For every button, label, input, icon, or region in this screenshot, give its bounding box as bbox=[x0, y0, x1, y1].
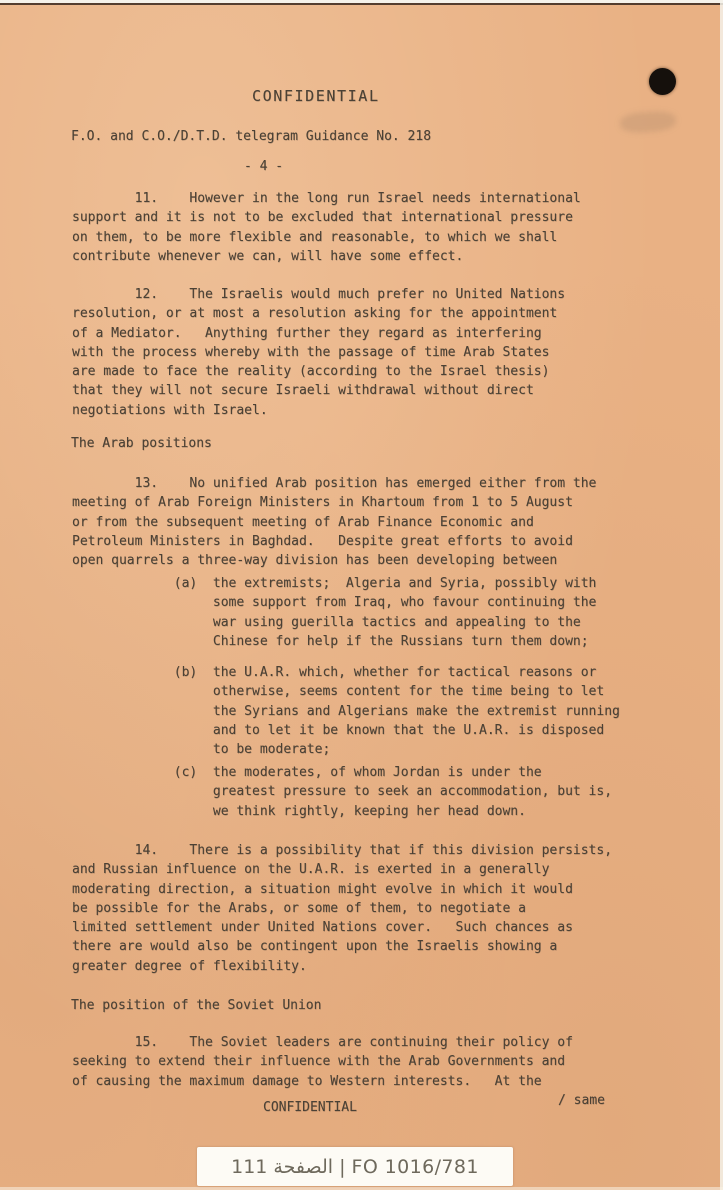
document-reference-line: F.O. and C.O./D.T.D. telegram Guidance N… bbox=[71, 127, 431, 146]
classification-header: CONFIDENTIAL bbox=[252, 87, 380, 106]
paragraph-15: 15. The Soviet leaders are continuing th… bbox=[72, 1033, 573, 1091]
punch-hole-mark bbox=[649, 68, 676, 95]
archive-reference-badge: الصفحة 111 | FO 1016/781 bbox=[197, 1147, 513, 1186]
list-item-a: (a) the extremists; Algeria and Syria, p… bbox=[72, 574, 596, 651]
scanned-document-page: CONFIDENTIAL F.O. and C.O./D.T.D. telegr… bbox=[0, 0, 723, 1190]
ink-smudge bbox=[619, 110, 676, 134]
paper-edge-shadow bbox=[0, 3, 723, 5]
page-number: - 4 - bbox=[244, 157, 283, 176]
list-item-b: (b) the U.A.R. which, whether for tactic… bbox=[72, 663, 620, 759]
paragraph-13: 13. No unified Arab position has emerged… bbox=[72, 474, 596, 570]
continuation-marker: / same bbox=[558, 1091, 605, 1110]
list-item-c: (c) the moderates, of whom Jordan is und… bbox=[72, 763, 612, 821]
paragraph-12: 12. The Israelis would much prefer no Un… bbox=[72, 285, 565, 420]
paragraph-14: 14. There is a possibility that if this … bbox=[72, 841, 612, 976]
archive-reference-text: الصفحة 111 | FO 1016/781 bbox=[231, 1156, 479, 1178]
classification-footer: CONFIDENTIAL bbox=[263, 1098, 357, 1117]
paragraph-11: 11. However in the long run Israel needs… bbox=[72, 189, 581, 266]
section-heading-soviet-union: The position of the Soviet Union bbox=[71, 996, 321, 1015]
section-heading-arab-positions: The Arab positions bbox=[71, 434, 212, 453]
